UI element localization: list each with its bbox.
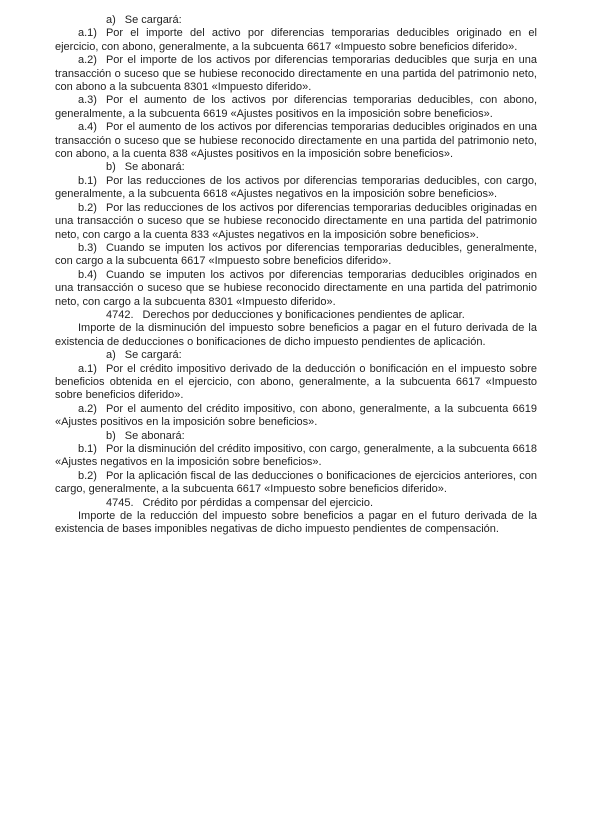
heading-text: Se abonará: (125, 161, 185, 173)
description-paragraph: Importe de la disminución del impuesto s… (55, 322, 537, 349)
item-label: a.4) (78, 121, 97, 133)
account-heading: 4745.Crédito por pérdidas a compensar de… (55, 497, 537, 510)
list-item: b.4)Cuando se imputen los activos por di… (55, 269, 537, 309)
item-label: b.2) (78, 202, 97, 214)
item-text: Por la aplicación fiscal de las deduccio… (55, 470, 537, 495)
item-label: a.3) (78, 94, 97, 106)
description-paragraph: Importe de la reducción del impuesto sob… (55, 510, 537, 537)
document-page: a)Se cargará: a.1)Por el importe del act… (0, 0, 600, 815)
account-number: 4742. (106, 309, 134, 321)
list-item: b.2)Por la aplicación fiscal de las dedu… (55, 470, 537, 497)
item-label: a.1) (78, 363, 97, 375)
list-item: b.3)Cuando se imputen los activos por di… (55, 242, 537, 269)
item-text: Cuando se imputen los activos por difere… (55, 269, 537, 308)
list-item: b.1)Por la disminución del crédito impos… (55, 443, 537, 470)
account-title: Crédito por pérdidas a compensar del eje… (143, 497, 374, 509)
list-item: a.1)Por el crédito impositivo derivado d… (55, 363, 537, 403)
list-item: b.2)Por las reducciones de los activos p… (55, 202, 537, 242)
item-text: Por el aumento de los activos por difere… (55, 121, 537, 160)
item-label: a.2) (78, 54, 97, 66)
item-text: Por el crédito impositivo derivado de la… (55, 363, 537, 402)
item-label: b.4) (78, 269, 97, 281)
item-label: b.3) (78, 242, 97, 254)
item-label: a.2) (78, 403, 97, 415)
list-item: a.4)Por el aumento de los activos por di… (55, 121, 537, 161)
letter-heading: b)Se abonará: (55, 161, 537, 174)
letter-heading: b)Se abonará: (55, 430, 537, 443)
item-text: Cuando se imputen los activos por difere… (55, 242, 537, 267)
list-item: a.2)Por el aumento del crédito impositiv… (55, 403, 537, 430)
item-label: b.1) (78, 175, 97, 187)
item-label: b) (106, 430, 116, 442)
account-number: 4745. (106, 497, 134, 509)
item-label: b.2) (78, 470, 97, 482)
account-title: Derechos por deducciones y bonificacione… (143, 309, 465, 321)
heading-text: Se cargará: (125, 349, 182, 361)
item-label: b) (106, 161, 116, 173)
item-label: b.1) (78, 443, 97, 455)
letter-heading: a)Se cargará: (55, 14, 537, 27)
item-text: Por el importe de los activos por difere… (55, 54, 537, 93)
heading-text: Se cargará: (125, 14, 182, 26)
item-label: a) (106, 349, 116, 361)
paragraph-text: Importe de la reducción del impuesto sob… (55, 510, 537, 535)
item-text: Por el aumento del crédito impositivo, c… (55, 403, 537, 428)
list-item: a.1)Por el importe del activo por difere… (55, 27, 537, 54)
item-label: a) (106, 14, 116, 26)
list-item: b.1)Por las reducciones de los activos p… (55, 175, 537, 202)
account-heading: 4742.Derechos por deducciones y bonifica… (55, 309, 537, 322)
list-item: a.3)Por el aumento de los activos por di… (55, 94, 537, 121)
heading-text: Se abonará: (125, 430, 185, 442)
item-text: Por la disminución del crédito impositiv… (55, 443, 537, 468)
item-text: Por el importe del activo por diferencia… (55, 27, 537, 52)
letter-heading: a)Se cargará: (55, 349, 537, 362)
paragraph-text: Importe de la disminución del impuesto s… (55, 322, 537, 347)
list-item: a.2)Por el importe de los activos por di… (55, 54, 537, 94)
item-text: Por las reducciones de los activos por d… (55, 175, 537, 200)
item-label: a.1) (78, 27, 97, 39)
item-text: Por las reducciones de los activos por d… (55, 202, 537, 241)
item-text: Por el aumento de los activos por difere… (55, 94, 537, 119)
